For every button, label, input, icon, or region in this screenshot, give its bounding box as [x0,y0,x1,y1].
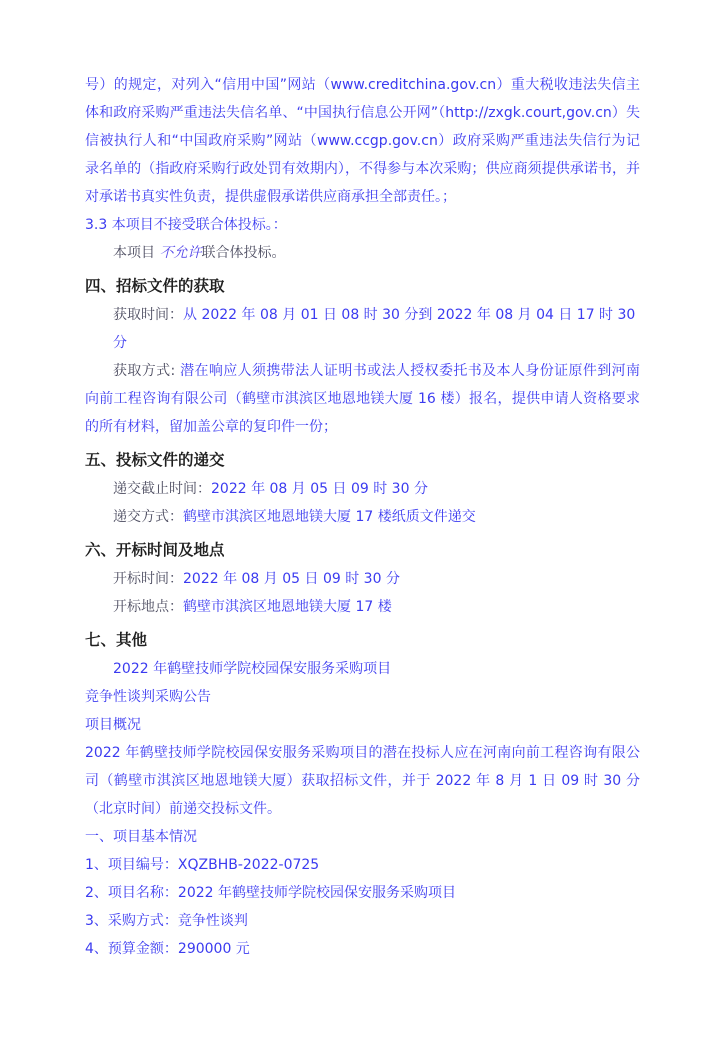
paragraph: 开标时间：2022 年 08 月 05 日 09 时 30 分 [85,565,640,593]
text-run: 2022 年 08 月 05 日 09 时 30 分 [211,481,428,497]
field-label: 递交方式： [113,509,183,525]
field-label: 开标时间： [113,571,183,587]
paragraph: 获取时间：从 2022 年 08 月 01 日 08 时 30 分到 2022 … [85,301,640,357]
paragraph: 本项目 不允许联合体投标。 [85,239,640,267]
text-run: 4、预算金额：290000 元 [85,941,250,957]
paragraph: 号）的规定，对列入“信用中国”网站（www.creditchina.gov.cn… [85,71,640,211]
field-label: 开标地点： [113,599,183,615]
document-page: 号）的规定，对列入“信用中国”网站（www.creditchina.gov.cn… [0,0,722,1049]
field-label: 获取时间： [113,307,183,323]
paragraph: 1、项目编号：XQZBHB-2022-0725 [85,851,640,879]
paragraph: 3、采购方式：竞争性谈判 [85,907,640,935]
heading-text: 六、开标时间及地点 [85,541,225,559]
text-run: 号）的规定，对列入“信用中国”网站（www.creditchina.gov.cn… [85,77,640,205]
section-heading: 七、其他 [85,625,640,655]
paragraph: 2022 年鹤壁技师学院校园保安服务采购项目的潜在投标人应在河南向前工程咨询有限… [85,739,640,823]
paragraph: 递交截止时间：2022 年 08 月 05 日 09 时 30 分 [85,475,640,503]
text-run: 鹤壁市淇滨区地恩地镁大厦 17 楼纸质文件递交 [183,509,476,525]
field-label: 联合体投标。 [201,245,285,261]
text-run: 2022 年 08 月 05 日 09 时 30 分 [183,571,400,587]
text-run: 项目概况 [85,717,141,733]
text-run: 3.3 本项目不接受联合体投标。： [85,217,287,233]
text-run: 3、采购方式：竞争性谈判 [85,913,248,929]
heading-text: 七、其他 [85,631,147,649]
text-run: 2、项目名称：2022 年鹤壁技师学院校园保安服务采购项目 [85,885,456,901]
paragraph: 2、项目名称：2022 年鹤壁技师学院校园保安服务采购项目 [85,879,640,907]
heading-text: 五、投标文件的递交 [85,451,225,469]
paragraph: 4、预算金额：290000 元 [85,935,640,963]
section-heading: 四、招标文件的获取 [85,271,640,301]
field-label: 本项目 [113,245,159,261]
text-run: 竞争性谈判采购公告 [85,689,211,705]
paragraph: 项目概况 [85,711,640,739]
text-run: 1、项目编号：XQZBHB-2022-0725 [85,857,319,873]
text-run: 2022 年鹤壁技师学院校园保安服务采购项目的潜在投标人应在河南向前工程咨询有限… [85,745,640,817]
paragraph: 3.3 本项目不接受联合体投标。： [85,211,640,239]
text-run: 一、项目基本情况 [85,829,197,845]
section-heading: 五、投标文件的递交 [85,445,640,475]
field-label: 获取方式: [113,363,180,379]
paragraph: 2022 年鹤壁技师学院校园保安服务采购项目 [85,655,640,683]
text-run: 鹤壁市淇滨区地恩地镁大厦 17 楼 [183,599,392,615]
text-run: 不允许 [159,245,201,261]
paragraph: 获取方式: 潜在响应人须携带法人证明书或法人授权委托书及本人身份证原件到河南向前… [85,357,640,441]
section-heading: 六、开标时间及地点 [85,535,640,565]
field-label: 递交截止时间： [113,481,211,497]
text-run: 从 2022 年 08 月 01 日 08 时 30 分到 2022 年 08 … [113,307,635,351]
text-run: 2022 年鹤壁技师学院校园保安服务采购项目 [113,661,391,677]
heading-text: 四、招标文件的获取 [85,277,225,295]
paragraph: 开标地点：鹤壁市淇滨区地恩地镁大厦 17 楼 [85,593,640,621]
paragraph: 竞争性谈判采购公告 [85,683,640,711]
document-body: 号）的规定，对列入“信用中国”网站（www.creditchina.gov.cn… [85,71,640,963]
paragraph: 一、项目基本情况 [85,823,640,851]
paragraph: 递交方式：鹤壁市淇滨区地恩地镁大厦 17 楼纸质文件递交 [85,503,640,531]
